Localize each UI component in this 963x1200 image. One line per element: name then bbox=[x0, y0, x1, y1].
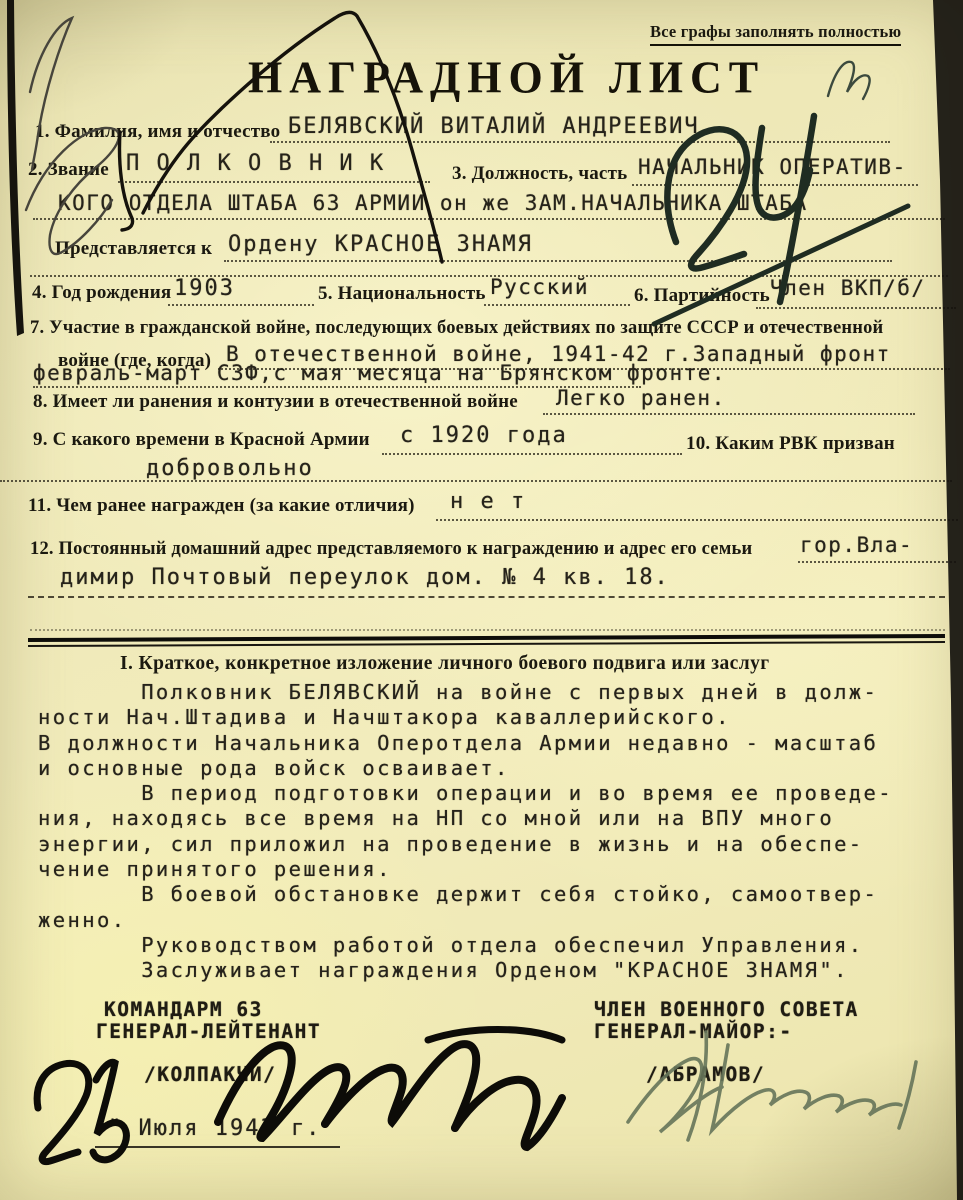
rule-line bbox=[0, 480, 952, 482]
body-text-line: Заслуживает награждения Орденом "КРАСНОЕ… bbox=[38, 958, 893, 983]
rule-line bbox=[436, 519, 958, 521]
rule-line bbox=[484, 304, 630, 306]
council-member-title-line1: ЧЛЕН ВОЕННОГО СОВЕТА bbox=[594, 998, 859, 1021]
field-12-value-line2: димир Почтовый переулок дом. № 4 кв. 18. bbox=[60, 565, 670, 590]
field-8-value: Легко ранен. bbox=[556, 386, 726, 410]
presented-to-label: Представляется к bbox=[55, 238, 212, 260]
small-ink-squiggle bbox=[828, 62, 870, 99]
field-5-value: Русский bbox=[490, 275, 589, 299]
body-text-line: ния, находясь все время на НП со мной ил… bbox=[38, 806, 893, 831]
field-3-label: 3. Должность, часть bbox=[452, 163, 627, 185]
date-typed-text: " Июля 1943 г. bbox=[108, 1116, 321, 1141]
presented-to-value: Ордену КРАСНОЕ ЗНАМЯ bbox=[228, 232, 533, 257]
field-12-value-line1: гор.Вла- bbox=[800, 533, 913, 557]
field-1-label: 1. Фамилия, имя и отчество bbox=[35, 121, 280, 143]
field-3-value-line1: НАЧАЛЬНИК ОПЕРАТИВ- bbox=[638, 155, 907, 179]
field-12-label: 12. Постоянный домашний адрес представля… bbox=[30, 539, 752, 560]
field-8-label: 8. Имеет ли ранения и контузии в отечест… bbox=[33, 391, 518, 413]
section-divider bbox=[28, 634, 945, 647]
rule-line bbox=[224, 260, 892, 262]
citation-body-text: Полковник БЕЛЯВСКИЙ на войне с первых дн… bbox=[38, 680, 893, 984]
field-4-value: 1903 bbox=[174, 276, 235, 301]
body-text-line: В должности Начальника Оперотдела Армии … bbox=[38, 731, 893, 756]
commander-title-line2: ГЕНЕРАЛ-ЛЕЙТЕНАНТ bbox=[96, 1020, 321, 1043]
body-text-line: чение принятого решения. bbox=[38, 857, 893, 882]
field-6-label: 6. Партийность bbox=[634, 285, 770, 307]
council-member-name: /АБРАМОВ/ bbox=[646, 1063, 765, 1086]
field-10-label: 10. Каким РВК призван bbox=[686, 433, 895, 455]
scan-right-border bbox=[933, 0, 963, 1200]
body-text-line: В период подготовки операции и во время … bbox=[38, 781, 893, 806]
field-10-value: добровольно bbox=[146, 456, 314, 481]
field-11-label: 11. Чем ранее награжден (за какие отличи… bbox=[28, 495, 415, 517]
field-7-value-line2: февраль-март СЗФ,с мая месяца на Брянско… bbox=[33, 361, 726, 385]
award-sheet-document: Все графы заполнять полностью НАГРАДНОЙ … bbox=[0, 0, 963, 1200]
section-1-heading: I. Краткое, конкретное изложение личного… bbox=[120, 653, 770, 675]
field-9-label: 9. С какого времени в Красной Армии bbox=[33, 429, 370, 451]
body-text-line: В боевой обстановке держит себя стойко, … bbox=[38, 882, 893, 907]
commander-title-line1: КОМАНДАРМ 63 bbox=[104, 998, 263, 1021]
abramov-signature bbox=[628, 1032, 916, 1140]
body-text-line: и основные рода войск осваивает. bbox=[38, 756, 893, 781]
body-text-line: женно. bbox=[38, 908, 893, 933]
rule-line bbox=[28, 596, 945, 598]
rule-line bbox=[798, 561, 956, 563]
rule-line bbox=[543, 413, 915, 415]
rule-line bbox=[168, 304, 314, 306]
body-text-line: Полковник БЕЛЯВСКИЙ на войне с первых дн… bbox=[38, 680, 893, 705]
rule-line bbox=[270, 141, 890, 143]
field-3-value-line2: КОГО ОТДЕЛА ШТАБА 63 АРМИИ он же ЗАМ.НАЧ… bbox=[58, 191, 808, 215]
rule-line bbox=[632, 184, 918, 186]
rule-line bbox=[30, 629, 945, 631]
field-5-label: 5. Национальность bbox=[318, 283, 486, 305]
field-2-value: П О Л К О В Н И К bbox=[126, 151, 385, 176]
field-6-value: Член ВКП/б/ bbox=[770, 276, 926, 300]
council-member-title-line2: ГЕНЕРАЛ-МАЙОР:- bbox=[594, 1020, 793, 1043]
field-2-label: 2. Звание bbox=[28, 159, 109, 181]
body-text-line: энергии, сил приложил на проведение в жи… bbox=[38, 832, 893, 857]
field-4-label: 4. Год рождения bbox=[32, 282, 171, 304]
scan-left-border bbox=[7, 0, 24, 336]
rule-line bbox=[33, 218, 945, 220]
date-underline bbox=[95, 1146, 340, 1148]
rule-line bbox=[33, 386, 641, 388]
rule-line bbox=[118, 181, 430, 183]
page-title: НАГРАДНОЙ ЛИСТ bbox=[248, 51, 765, 104]
commander-name: /КОЛПАКЧИ/ bbox=[144, 1063, 276, 1086]
body-text-line: Руководством работой отдела обеспечил Уп… bbox=[38, 933, 893, 958]
rule-line bbox=[382, 453, 682, 455]
body-text-line: ности Нач.Штадива и Начштакора каваллери… bbox=[38, 705, 893, 730]
field-11-value: н е т bbox=[450, 489, 526, 514]
rule-line bbox=[756, 307, 956, 309]
field-9-value: с 1920 года bbox=[400, 423, 568, 448]
fill-all-fields-note: Все графы заполнять полностью bbox=[650, 22, 901, 46]
field-1-value: БЕЛЯВСКИЙ ВИТАЛИЙ АНДРЕЕВИЧ bbox=[288, 114, 700, 139]
field-7-label-line1: 7. Участие в гражданской войне, последую… bbox=[30, 318, 883, 339]
